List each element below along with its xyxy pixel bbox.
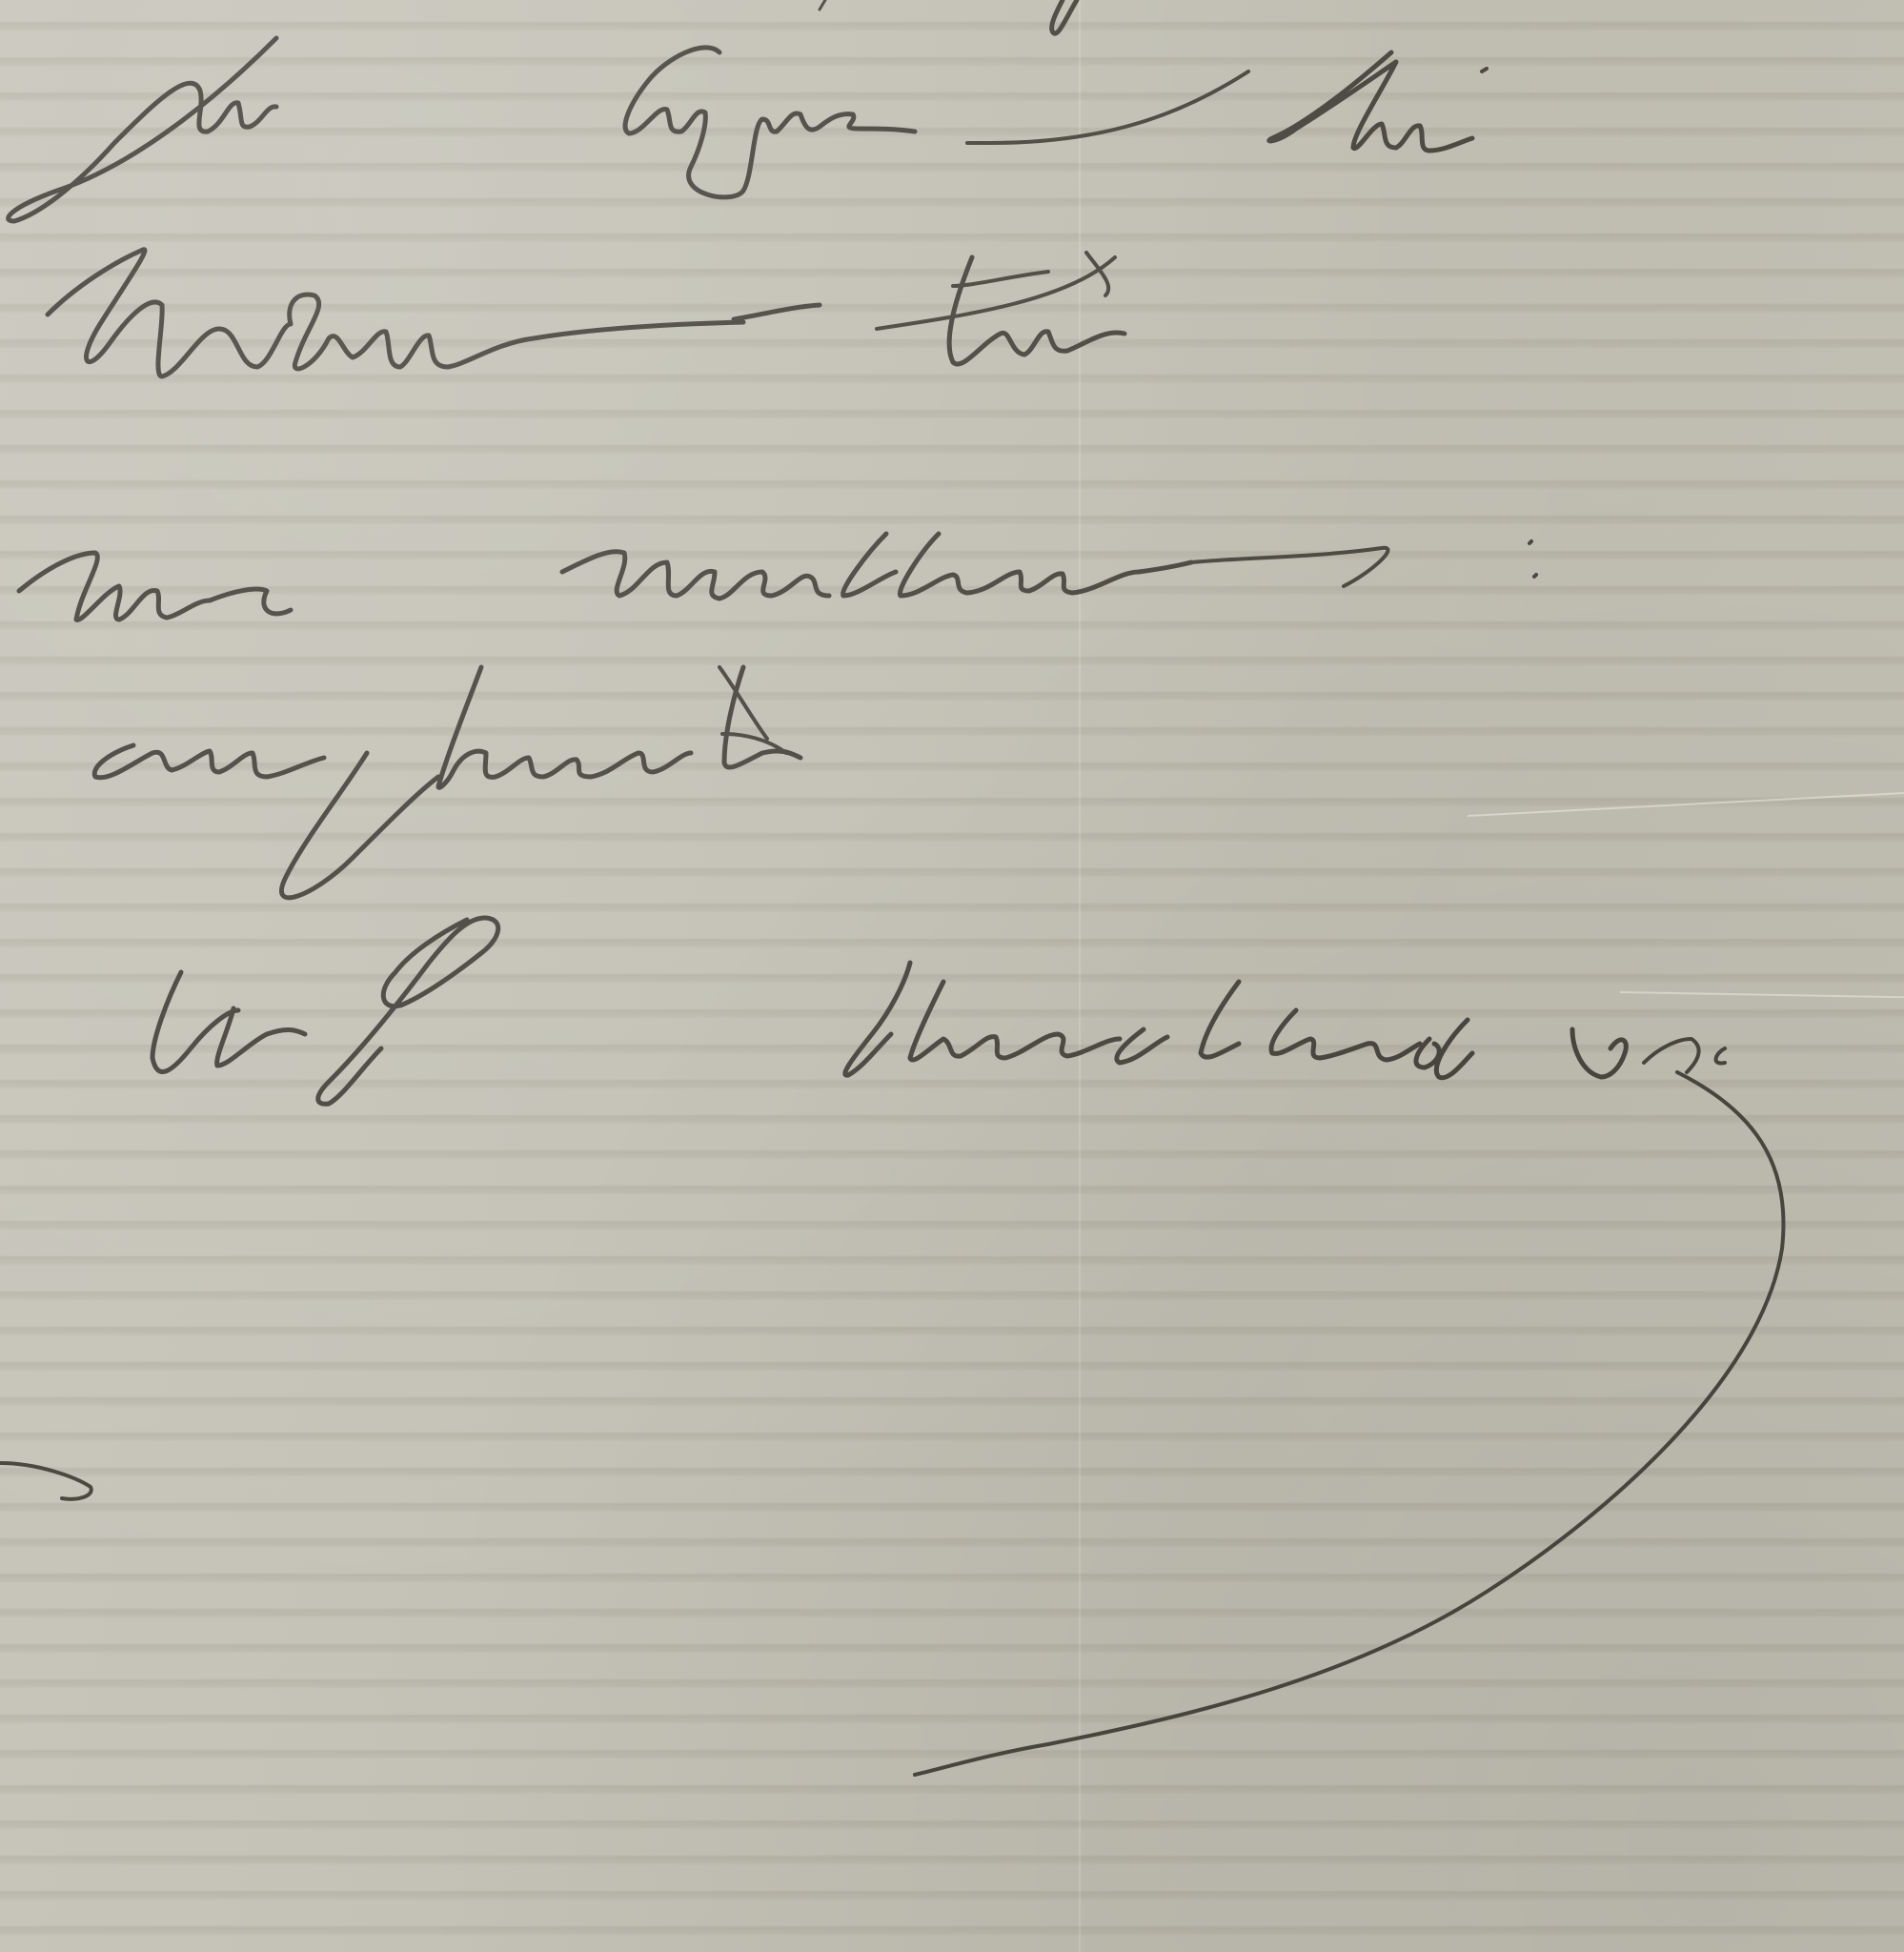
- handwriting-ink: [0, 0, 1904, 1952]
- line-1-pour-daigner-cheri: [9, 38, 1487, 221]
- letter-page: pour daigner chéri madame tous mes meill…: [0, 0, 1904, 1952]
- line-3-mes-meilleurs: [19, 534, 1536, 620]
- line-4-compliments: [94, 667, 800, 898]
- ink-stroke: [1052, 0, 1077, 33]
- line-2-madame-tous: [48, 250, 1124, 376]
- ink-stroke: [820, 0, 825, 10]
- ink-stroke: [0, 1463, 91, 1499]
- signature-e-carvalho: [152, 918, 1784, 1775]
